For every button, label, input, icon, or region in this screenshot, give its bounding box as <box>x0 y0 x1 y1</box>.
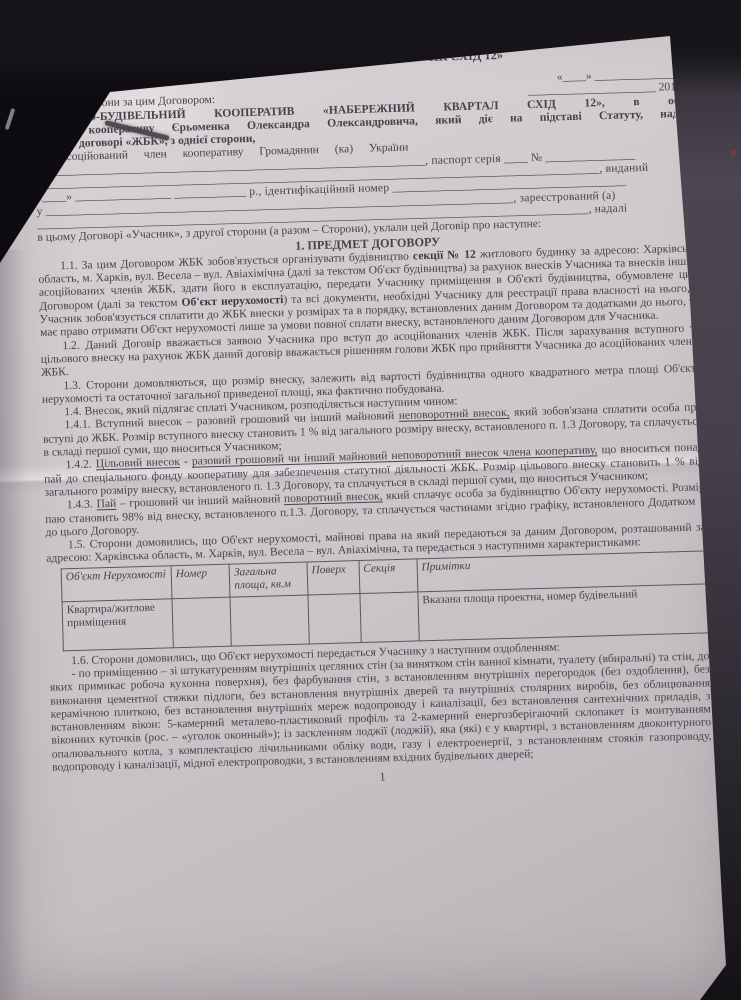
cell-floor <box>308 593 361 643</box>
scratch-mark <box>5 108 16 130</box>
cell-object: Квартира/житлове приміщення <box>62 598 173 650</box>
p142-number: 1.4.2. <box>66 458 96 472</box>
paper-sheet: ДОГОВІР № __________ про сплату пайових … <box>0 0 741 1000</box>
contract-text: ДОГОВІР № __________ про сплату пайових … <box>32 28 713 794</box>
cell-number <box>172 597 232 648</box>
cell-section <box>359 592 419 643</box>
paragraph-1-6-body: - по приміщенню – зі штукатуренням внутр… <box>49 649 712 774</box>
p11-bold-section: секції № 12 <box>413 248 476 263</box>
cell-area <box>230 595 309 646</box>
p143-underlined-term: Пай <box>96 497 116 511</box>
col-floor: Поверх <box>307 560 360 594</box>
col-number: Номер <box>171 564 230 599</box>
col-object: Об'єкт Нерухомості <box>61 566 172 602</box>
paper-edge-shadow <box>0 250 26 1000</box>
property-characteristics-table: Об'єкт Нерухомості Номер Загальна площа,… <box>61 550 711 651</box>
p143-number: 1.4.3. <box>67 498 97 512</box>
col-area: Загальна площа, кв.м <box>229 562 308 597</box>
red-speck <box>731 150 736 156</box>
photo-of-contract: ДОГОВІР № __________ про сплату пайових … <box>0 0 741 1000</box>
col-section: Секція <box>359 559 418 594</box>
p142-dash: - <box>180 455 192 468</box>
cell-notes: Вказана площа проектна, номер будівельни… <box>418 584 710 641</box>
